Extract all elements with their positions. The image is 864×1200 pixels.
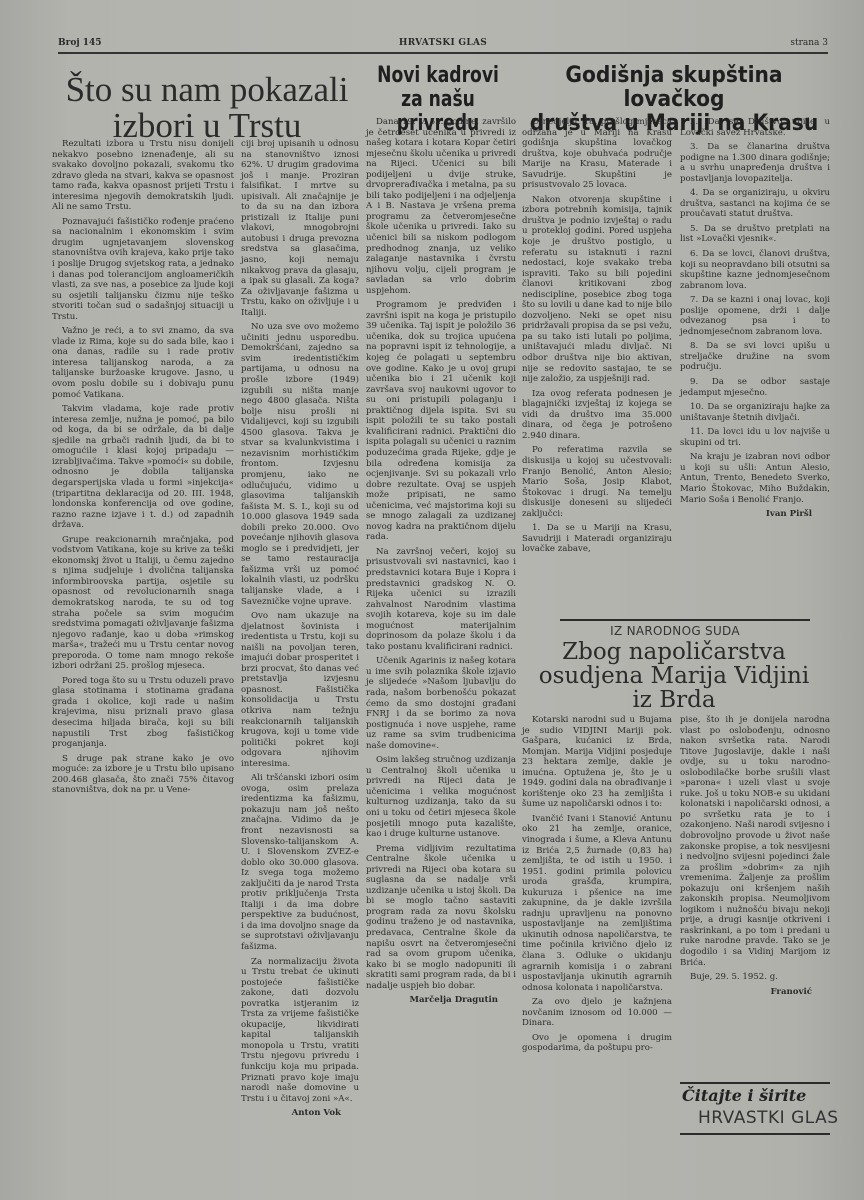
paragraph: Kotarski narodni sud u Bujama je sudio V… [522, 715, 672, 810]
paragraph: No uza sve ovo možemo učiniti jednu uspo… [241, 322, 359, 607]
paragraph: Po referatima razvila se diskusija u koj… [522, 445, 672, 519]
headline-line: Zbog napoličarstva [516, 640, 832, 664]
paragraph: ciji broj upisanih u odnosu na stanovniš… [241, 139, 359, 318]
article4-headline: Zbog napoličarstva osudjena Marija Vidji… [516, 640, 832, 712]
paragraph: Važno je reći, a to svi znamo, da sva vl… [52, 326, 234, 400]
paragraph: Ali tršćanski izbori osim ovoga, osim pr… [241, 773, 359, 952]
article4-top-rule [560, 619, 810, 621]
paragraph: Iza ovog referata podnesen je blagajničk… [522, 389, 672, 442]
article2-author: Marčelja Dragutin [366, 995, 516, 1006]
paragraph: Ivančić Ivani i Stanović Antunu oko 21 h… [522, 814, 672, 993]
paragraph: Pored toga što su u Trstu oduzeli pravo … [52, 676, 234, 750]
promo-top-rule [680, 1082, 830, 1084]
promo-slogan: Čitajte i širite [682, 1086, 806, 1105]
paragraph: Za ovo djelo je kažnjena novčanim iznoso… [522, 997, 672, 1029]
article4-author: Franović [680, 987, 830, 998]
paragraph: 1. Da se u Mariji na Krasu, Savudriji i … [522, 523, 672, 555]
headline-line: iz Brda [516, 688, 832, 712]
headline-line: Što su nam pokazali [62, 72, 352, 108]
page-number: strana 3 [790, 38, 828, 48]
dateline: Buje, 29. 5. 1952. g. [680, 972, 830, 983]
article4-kicker: IZ NARODNOG SUDA [540, 624, 810, 638]
paragraph: Programom je predviđen i završni ispit n… [366, 300, 516, 543]
resolution-item: 7. Da se kazni i onaj lovac, koji poslij… [680, 295, 830, 337]
paragraph: Učenik Agarinis iz našeg kotara u ime sv… [366, 656, 516, 751]
promo-bottom-rule [680, 1133, 830, 1135]
resolution-item: 2. Da se Društvo upiše u Lovački savez H… [680, 117, 830, 138]
article1-column-1: Rezultati izbora u Trstu nisu donijeli n… [52, 139, 234, 800]
resolution-item: 11. Da lovci idu u lov najviše u skupini… [680, 427, 830, 448]
paragraph: Rezultati izbora u Trstu nisu donijeli n… [52, 139, 234, 213]
paragraph: Na kraju je izabran novi odbor u koji su… [680, 452, 830, 505]
resolution-item: 4. Da se organiziraju, u okviru društva,… [680, 188, 830, 220]
masthead-rule [58, 52, 828, 54]
paragraph: Poznavajući fašističko rođenje praćeno s… [52, 217, 234, 322]
resolution-item: 8. Da se svi lovci upišu u streljačke dr… [680, 341, 830, 373]
paragraph: Za normalizaciju života u Trstu trebat ć… [241, 957, 359, 1105]
paragraph: Ovo je opomena i drugim gospodarima, da … [522, 1033, 672, 1054]
paragraph: Grupe reakcionarnih mračnjaka, pod vodst… [52, 535, 234, 672]
paragraph: Nakon otvorenja skupštine i izbora potre… [522, 195, 672, 385]
paragraph: Osim lakšeg stručnog uzdizanja u Central… [366, 755, 516, 839]
paragraph: Ovo nam ukazuje na djelatnost šovinista … [241, 611, 359, 769]
article2-body: Dana 19. V. 52. godine, završilo je četr… [366, 117, 516, 1006]
article1-headline: Što su nam pokazali izbori u Trstu [62, 72, 352, 144]
newspaper-title: HRVATSKI GLAS [58, 38, 828, 48]
article4-column-2: pise, što ih je donijela narodna vlast p… [680, 715, 830, 997]
newspaper-page: Broj 145 HRVATSKI GLAS strana 3 Što su n… [0, 0, 864, 1200]
article1-author: Anton Vok [241, 1108, 359, 1119]
paragraph: U nedjelju, 18. prošlog mjeseca održana … [522, 117, 672, 191]
headline-line: Novi kadrovi [368, 64, 508, 88]
promo-newspaper-name: HRVASTKI GLAS [698, 1108, 839, 1128]
resolution-item: 3. Da se članarina društva podigne na 1.… [680, 142, 830, 184]
headline-line: osudjena Marija Vidjini [516, 664, 832, 688]
article3-author: Ivan Piršl [680, 509, 830, 520]
paragraph: Takvim vladama, koje rade protiv interes… [52, 404, 234, 531]
paragraph: Na završnoj večeri, kojoj su prisustvova… [366, 547, 516, 652]
article3-column-1: U nedjelju, 18. prošlog mjeseca održana … [522, 117, 672, 559]
resolution-item: 10. Da se organiziraju hajke za uništava… [680, 402, 830, 423]
paragraph: Dana 19. V. 52. godine, završilo je četr… [366, 117, 516, 296]
article4-column-1: Kotarski narodni sud u Bujama je sudio V… [522, 715, 672, 1058]
article1-column-2: ciji broj upisanih u odnosu na stanovniš… [241, 139, 359, 1119]
paragraph: S druge pak strane kako je ovo moguće: z… [52, 754, 234, 796]
headline-line: Godišnja skupština lovačkog [518, 64, 831, 112]
article3-column-2: 2. Da se Društvo upiše u Lovački savez H… [680, 117, 830, 520]
resolution-item: 9. Da se odbor sastaje jedamput mjesečno… [680, 377, 830, 398]
paragraph: pise, što ih je donijela narodna vlast p… [680, 715, 830, 968]
resolution-item: 6. Da se lovci, članovi društva, koji su… [680, 249, 830, 291]
resolution-item: 5. Da se društvo pretplati na list »Lova… [680, 224, 830, 245]
paragraph: Prema vidljivim rezultatima Centralne šk… [366, 844, 516, 992]
